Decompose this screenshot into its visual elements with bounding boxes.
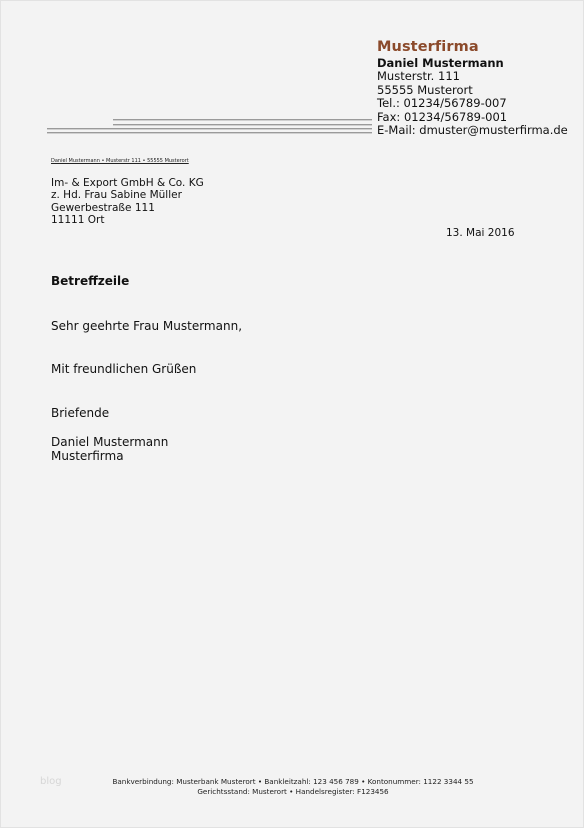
recipient-address: Im- & Export GmbH & Co. KG z. Hd. Frau S… (51, 177, 204, 227)
header-rule-4 (47, 132, 372, 134)
signature-name: Daniel Mustermann (51, 435, 168, 449)
footer-court-line: Gerichtsstand: Musterort • Handelsregist… (1, 787, 584, 797)
signature-company: Musterfirma (51, 449, 168, 463)
letter-page: Musterfirma Daniel Mustermann Musterstr.… (0, 0, 584, 828)
signature-block: Daniel Mustermann Musterfirma (51, 435, 168, 463)
letter-end: Briefende (51, 406, 109, 420)
header-rule-1 (113, 119, 372, 121)
recipient-line-attention: z. Hd. Frau Sabine Müller (51, 189, 204, 201)
letter-date: 13. Mai 2016 (446, 227, 515, 239)
return-address-line: Daniel Mustermann • Musterstr 111 • 5555… (51, 158, 189, 164)
sender-fax: Fax: 01234/56789-001 (377, 111, 568, 124)
recipient-line-street: Gewerbestraße 111 (51, 202, 204, 214)
sender-phone: Tel.: 01234/56789-007 (377, 97, 568, 110)
header-rule-3 (47, 128, 372, 130)
sender-email: E-Mail: dmuster@musterfirma.de (377, 124, 568, 137)
sender-city: 55555 Musterort (377, 84, 568, 97)
closing: Mit freundlichen Grüßen (51, 362, 196, 376)
header-rule-2 (113, 124, 372, 126)
sender-name: Daniel Mustermann (377, 57, 568, 70)
recipient-line-city: 11111 Ort (51, 214, 204, 226)
sender-block: Daniel Mustermann Musterstr. 111 55555 M… (377, 57, 568, 137)
footer: Bankverbindung: Musterbank Musterort • B… (1, 777, 584, 797)
recipient-line-company: Im- & Export GmbH & Co. KG (51, 177, 204, 189)
salutation: Sehr geehrte Frau Mustermann, (51, 319, 242, 333)
sender-street: Musterstr. 111 (377, 70, 568, 83)
footer-bank-line: Bankverbindung: Musterbank Musterort • B… (1, 777, 584, 787)
subject-line: Betreffzeile (51, 274, 129, 288)
company-name: Musterfirma (377, 39, 479, 55)
